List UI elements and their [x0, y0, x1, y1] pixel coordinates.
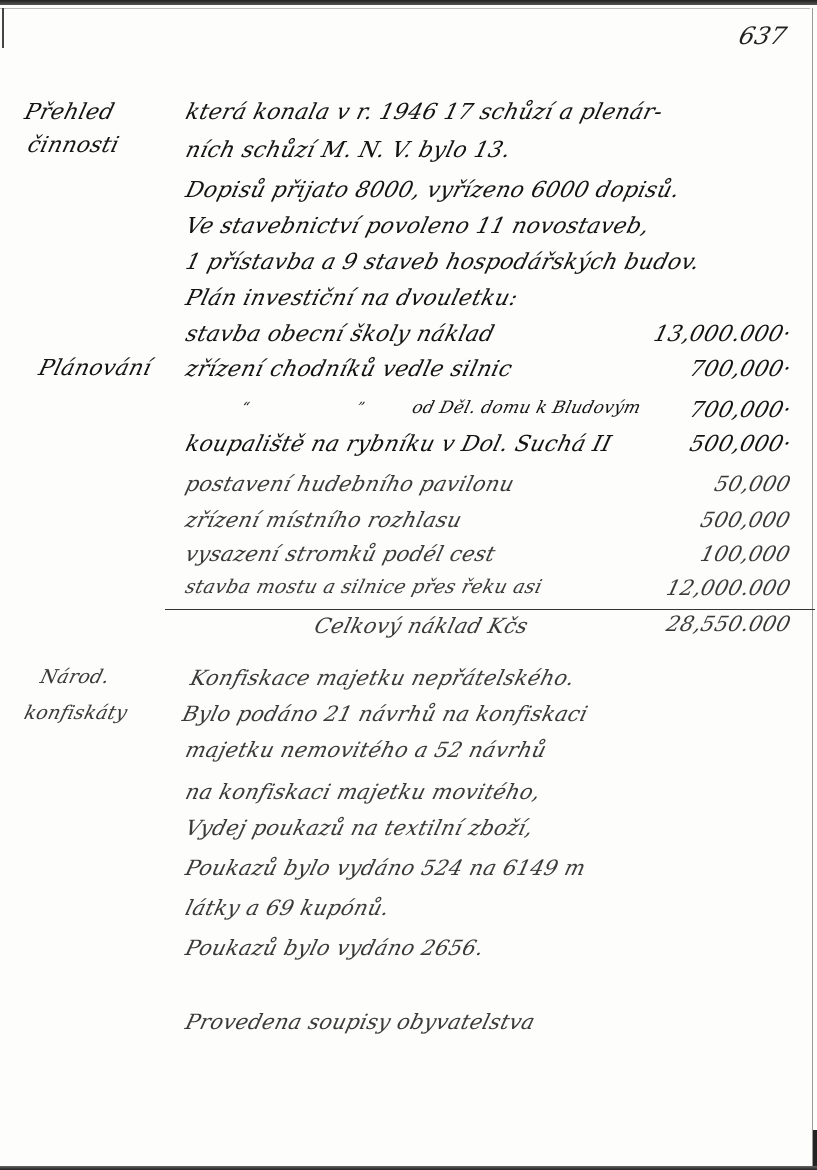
planning-item-amount: 700,000·: [687, 398, 794, 423]
ditto-mark: ”: [355, 400, 366, 416]
scan-edge-top: [0, 0, 817, 5]
confiscation-line: Poukazů bylo vydáno 524 na 6149 m: [183, 856, 588, 880]
confiscation-line: Bylo podáno 21 návrhů na konfiskaci: [180, 702, 590, 726]
margin-label-confiscation-1: Národ.: [38, 666, 112, 688]
planning-item-amount: 12,000.000: [664, 576, 793, 600]
planning-total-label: Celkový náklad Kčs: [312, 614, 531, 638]
planning-item-text: zřízení chodníků vedle silnic: [183, 357, 515, 382]
scan-edge-bottom: [0, 1166, 817, 1170]
planning-item-text: stavba obecní školy náklad: [183, 322, 497, 347]
page-number: 637: [736, 22, 790, 50]
confiscation-line: Poukazů bylo vydáno 2656.: [183, 936, 486, 960]
margin-label-overview-2: činnosti: [25, 133, 122, 158]
confiscation-line: látky a 69 kupónů.: [183, 896, 392, 920]
margin-label-overview-1: Přehled: [22, 100, 117, 125]
planning-item-text: postavení hudebního pavilonu: [183, 472, 517, 496]
confiscation-line: majetku nemovitého a 52 návrhů: [183, 738, 549, 762]
planning-item-amount: 100,000: [698, 542, 793, 566]
planning-item-text: koupaliště na rybníku v Dol. Suchá II: [183, 432, 614, 457]
closing-line: Provedena soupisy obyvatelstva: [183, 1010, 538, 1034]
confiscation-line: Konfiskace majetku nepřátelského.: [188, 666, 577, 690]
overview-line: Plán investiční na dvouletku:: [183, 286, 520, 311]
page-edge-right: [812, 8, 813, 1168]
planning-item-amount: 500,000·: [687, 432, 794, 457]
margin-label-planning: Plánování: [36, 356, 154, 381]
page-rule-top: [0, 8, 810, 9]
planning-item-amount: 500,000: [698, 508, 793, 532]
planning-total-amount: 28,550.000: [664, 612, 793, 636]
planning-item-text: stavba mostu a silnice přes řeku asi: [183, 576, 544, 598]
planning-item-text: zřízení místního rozhlasu: [183, 508, 464, 532]
overview-line: ních schůzí M. N. V. bylo 13.: [183, 138, 513, 163]
ditto-mark: “: [240, 400, 251, 416]
planning-item-amount: 50,000: [712, 472, 793, 496]
planning-item-text: od Děl. domu k Bludovým: [410, 398, 643, 418]
overview-line: Dopisů přijato 8000, vyřízeno 6000 dopis…: [183, 178, 682, 203]
planning-item-amount: 700,000·: [687, 357, 794, 382]
scan-edge-corner: [813, 1130, 817, 1170]
margin-label-confiscation-2: konfiskáty: [22, 702, 130, 724]
overview-line: Ve stavebnictví povoleno 11 novostaveb,: [183, 214, 652, 239]
overview-line: která konala v r. 1946 17 schůzí a plená…: [183, 100, 665, 125]
planning-item-amount: 13,000.000·: [651, 322, 793, 347]
overview-line: 1 přístavba a 9 staveb hospodářských bud…: [183, 250, 702, 275]
scanned-page: 637 Přehled činnosti která konala v r. 1…: [0, 0, 817, 1170]
planning-item-text: vysazení stromků podél cest: [183, 542, 498, 566]
confiscation-line: na konfiskaci majetku movitého,: [183, 780, 543, 804]
total-underline: [165, 609, 815, 610]
scan-edge-left: [2, 8, 4, 48]
confiscation-line: Vydej poukazů na textilní zboží,: [183, 816, 536, 840]
